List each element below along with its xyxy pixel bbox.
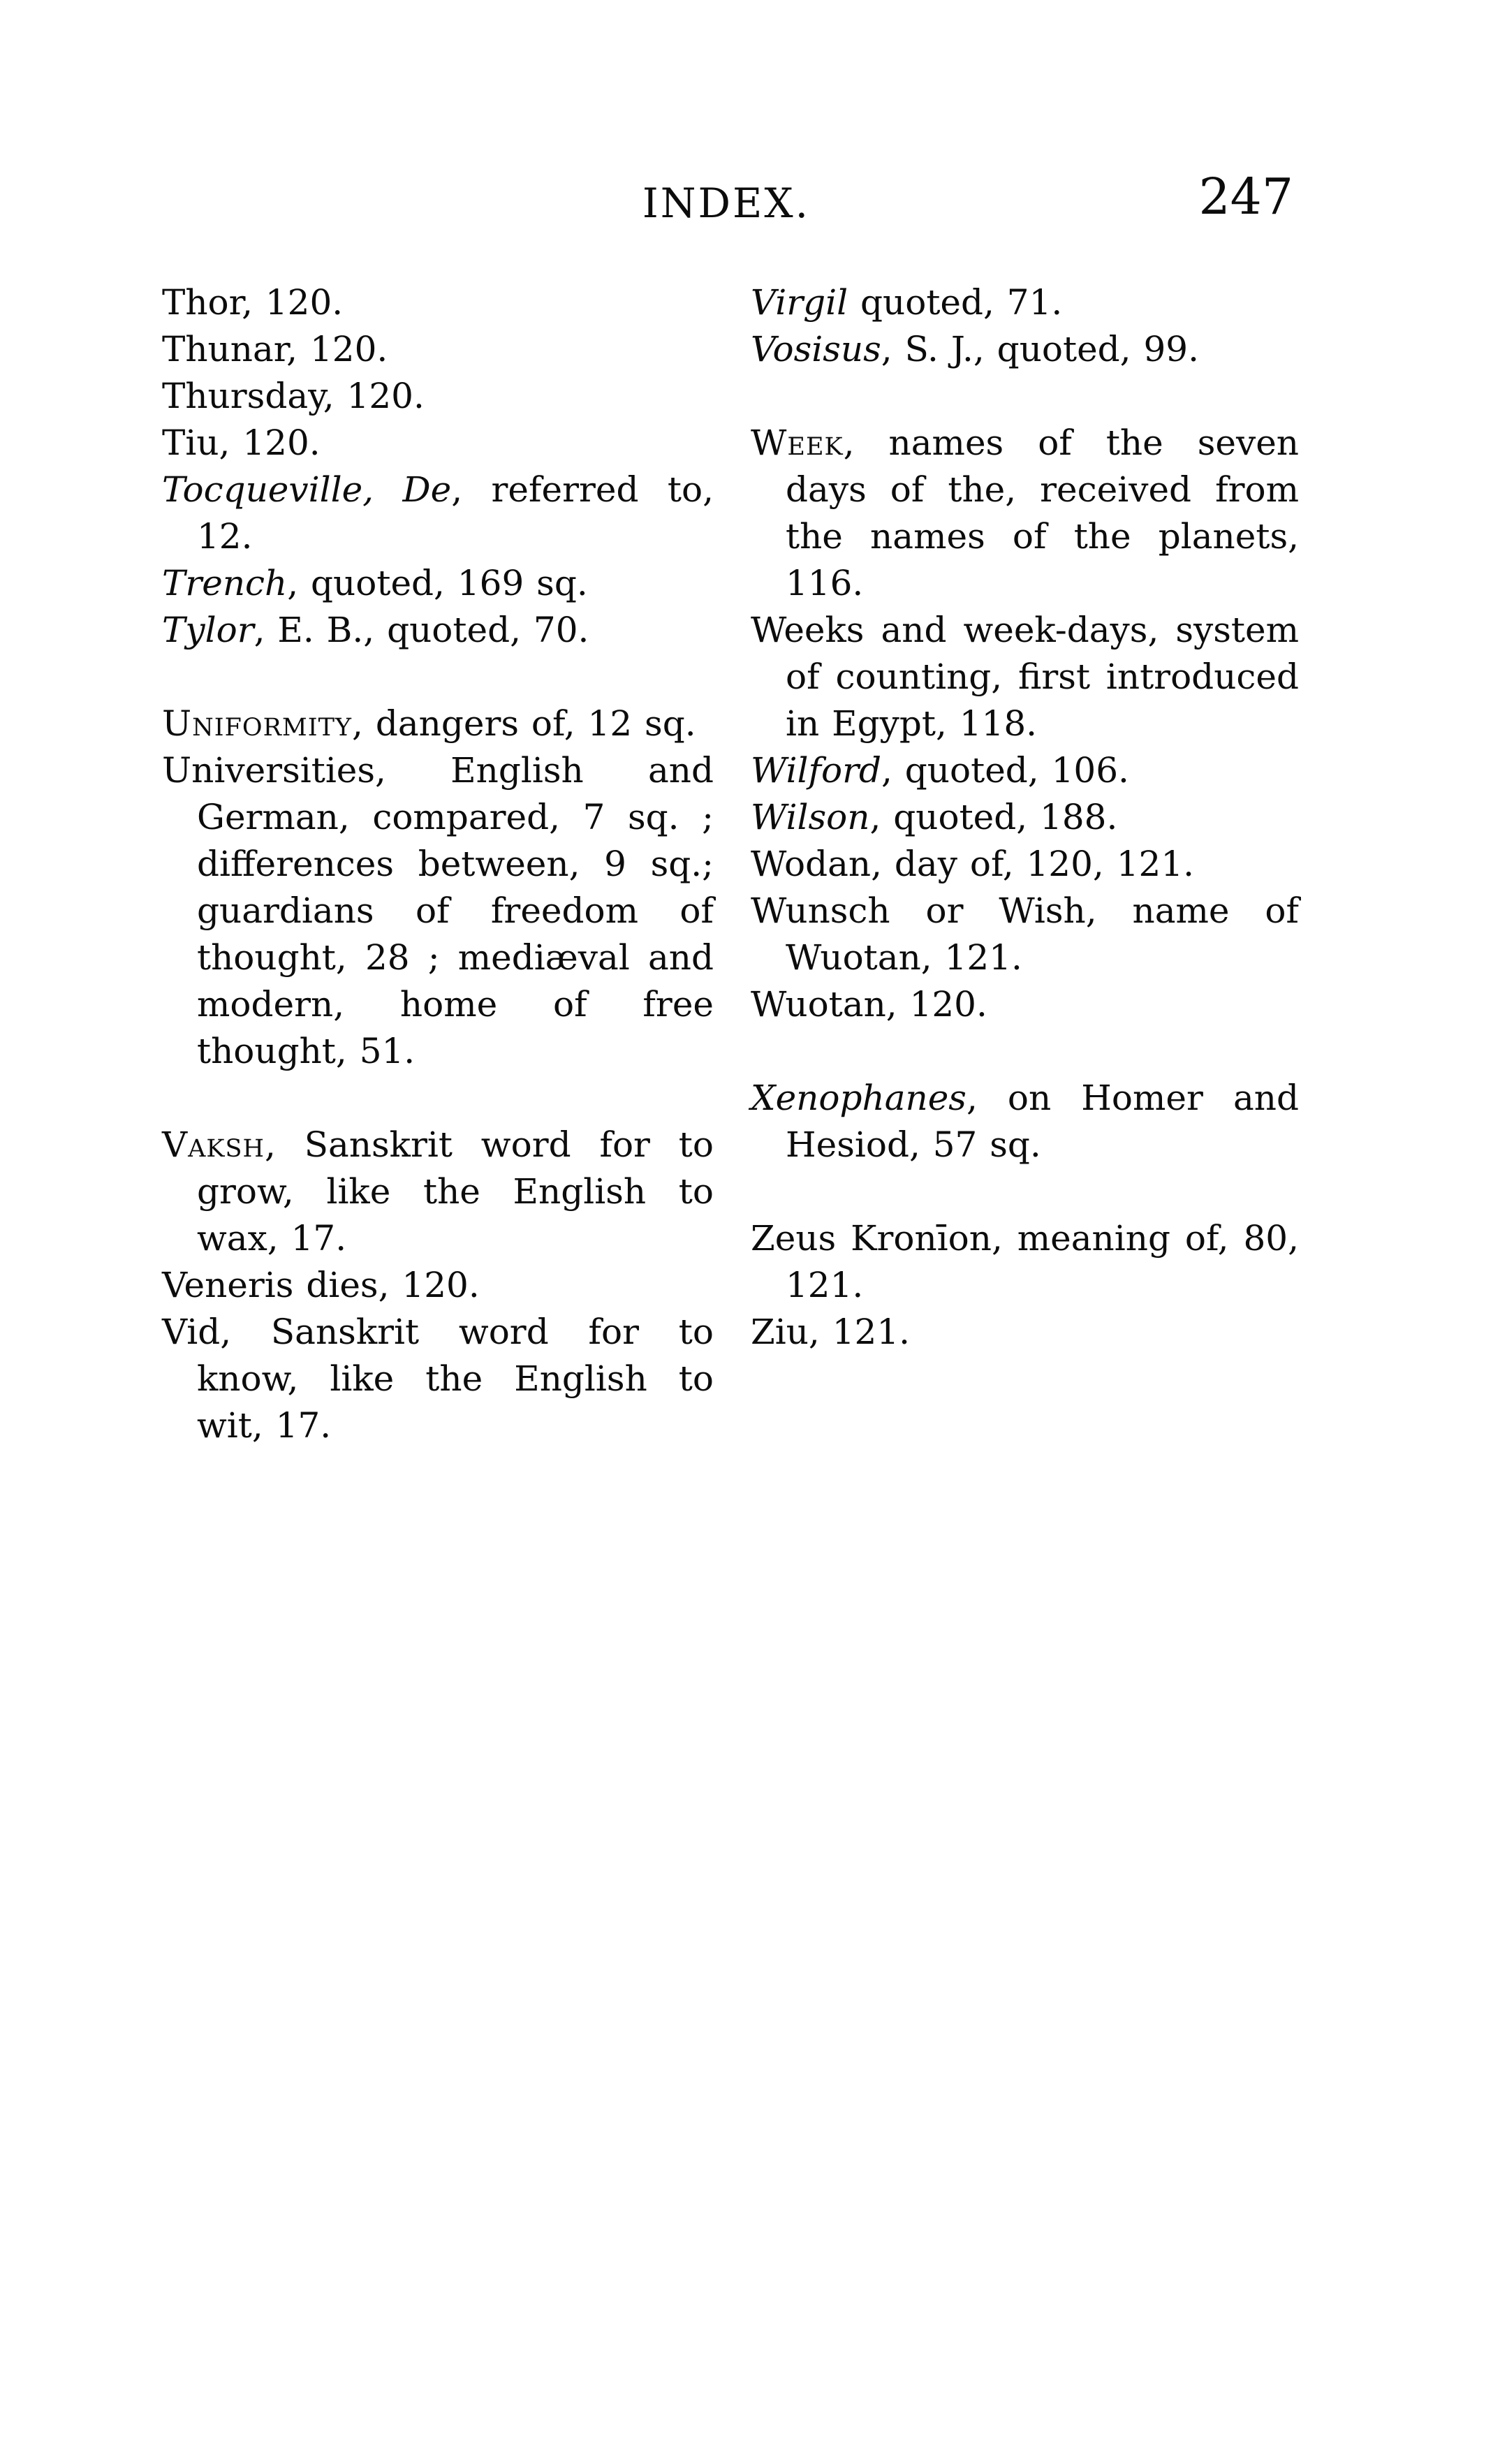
entry-text-plain: , quoted, 169 sq. <box>287 563 587 603</box>
index-entry: Tylor, E. B., quoted, 70. <box>162 607 714 654</box>
entry-text-smallcaps: Week <box>751 423 844 463</box>
index-entry: Thunar, 120. <box>162 326 714 373</box>
index-column-left: Thor, 120.Thunar, 120.Thursday, 120.Tiu,… <box>162 279 714 1449</box>
entry-text-plain: Zeus Kronīon, meaning of, 80, 121. <box>751 1218 1299 1305</box>
entry-text-italic: Wilson <box>751 797 869 837</box>
index-entry: Virgil quoted, 71. <box>751 279 1299 326</box>
entry-text-plain: , dangers of, 12 sq. <box>352 703 696 744</box>
entry-text-plain: , S. J., quoted, 99. <box>881 329 1199 369</box>
entry-text-plain: Weeks and week-days, system of counting,… <box>751 610 1299 744</box>
index-entry: Veneris dies, 120. <box>162 1262 714 1309</box>
index-entry: Week, names of the seven days of the, re… <box>751 420 1299 607</box>
entry-text-smallcaps: Uniformity <box>162 703 352 744</box>
book-page: INDEX. 247 Thor, 120.Thunar, 120.Thursda… <box>0 0 1507 2464</box>
entry-text-plain: , quoted, 106. <box>881 750 1129 791</box>
entry-text-italic: Wilford <box>751 750 881 791</box>
entry-text-smallcaps: Vaksh <box>162 1124 265 1165</box>
index-entry: Wilford, quoted, 106. <box>751 747 1299 794</box>
index-entry: Wunsch or Wish, name of Wuotan, 121. <box>751 888 1299 981</box>
entry-text-plain: Ziu, 121. <box>751 1312 910 1352</box>
index-entry: Thursday, 120. <box>162 373 714 420</box>
entry-text-italic: Tylor <box>162 610 254 650</box>
index-entry: Vosisus, S. J., quoted, 99. <box>751 326 1299 373</box>
entry-text-italic: Vosisus <box>751 329 881 369</box>
entry-text-plain: Thor, 120. <box>162 282 343 323</box>
page-number: 247 <box>1198 172 1293 221</box>
index-entry: Xenophanes, on Homer and Hesiod, 57 sq. <box>751 1075 1299 1168</box>
entry-text-plain: Wodan, day of, 120, 121. <box>751 844 1194 884</box>
index-entry: Wilson, quoted, 188. <box>751 794 1299 841</box>
entry-text-italic: Virgil <box>751 282 848 323</box>
index-entry: Thor, 120. <box>162 279 714 326</box>
index-entry: Zeus Kronīon, meaning of, 80, 121. <box>751 1215 1299 1309</box>
entry-text-plain: Universities, English and German, compar… <box>162 750 714 1071</box>
entry-text-italic: Tocqueville, De <box>162 469 451 510</box>
entry-text-italic: Xenophanes <box>751 1078 966 1118</box>
index-entry: Wodan, day of, 120, 121. <box>751 841 1299 888</box>
page-header-title: INDEX. <box>642 183 810 223</box>
entry-text-plain: , names of the seven days of the, receiv… <box>786 423 1299 603</box>
entry-text-italic: Trench <box>162 563 287 603</box>
entry-text-plain: quoted, 71. <box>848 282 1062 323</box>
index-entry: Trench, quoted, 169 sq. <box>162 560 714 607</box>
entry-text-plain: Thunar, 120. <box>162 329 388 369</box>
index-entry: Uniformity, dangers of, 12 sq. <box>162 701 714 747</box>
entry-text-plain: , Sanskrit word for to grow, like the En… <box>197 1124 714 1259</box>
entry-text-plain: Wuotan, 120. <box>751 984 987 1025</box>
entry-text-plain: , quoted, 188. <box>869 797 1117 837</box>
index-entry: Vaksh, Sanskrit word for to grow, like t… <box>162 1122 714 1262</box>
entry-text-plain: Vid, Sanskrit word for to know, like the… <box>162 1312 714 1446</box>
index-entry: Weeks and week-days, system of counting,… <box>751 607 1299 747</box>
index-entry: Wuotan, 120. <box>751 981 1299 1028</box>
entry-text-plain: Tiu, 120. <box>162 423 321 463</box>
entry-text-plain: Veneris dies, 120. <box>162 1265 480 1305</box>
index-entry: Vid, Sanskrit word for to know, like the… <box>162 1309 714 1449</box>
entry-text-plain: , E. B., quoted, 70. <box>254 610 589 650</box>
entry-text-plain: Thursday, 120. <box>162 376 425 416</box>
index-entry: Ziu, 121. <box>751 1309 1299 1356</box>
index-entry: Tiu, 120. <box>162 420 714 467</box>
index-entry: Tocqueville, De, referred to, 12. <box>162 467 714 560</box>
index-column-right: Virgil quoted, 71.Vosisus, S. J., quoted… <box>751 279 1299 1356</box>
entry-text-plain: Wunsch or Wish, name of Wuotan, 121. <box>751 890 1299 978</box>
index-entry: Universities, English and German, compar… <box>162 747 714 1075</box>
